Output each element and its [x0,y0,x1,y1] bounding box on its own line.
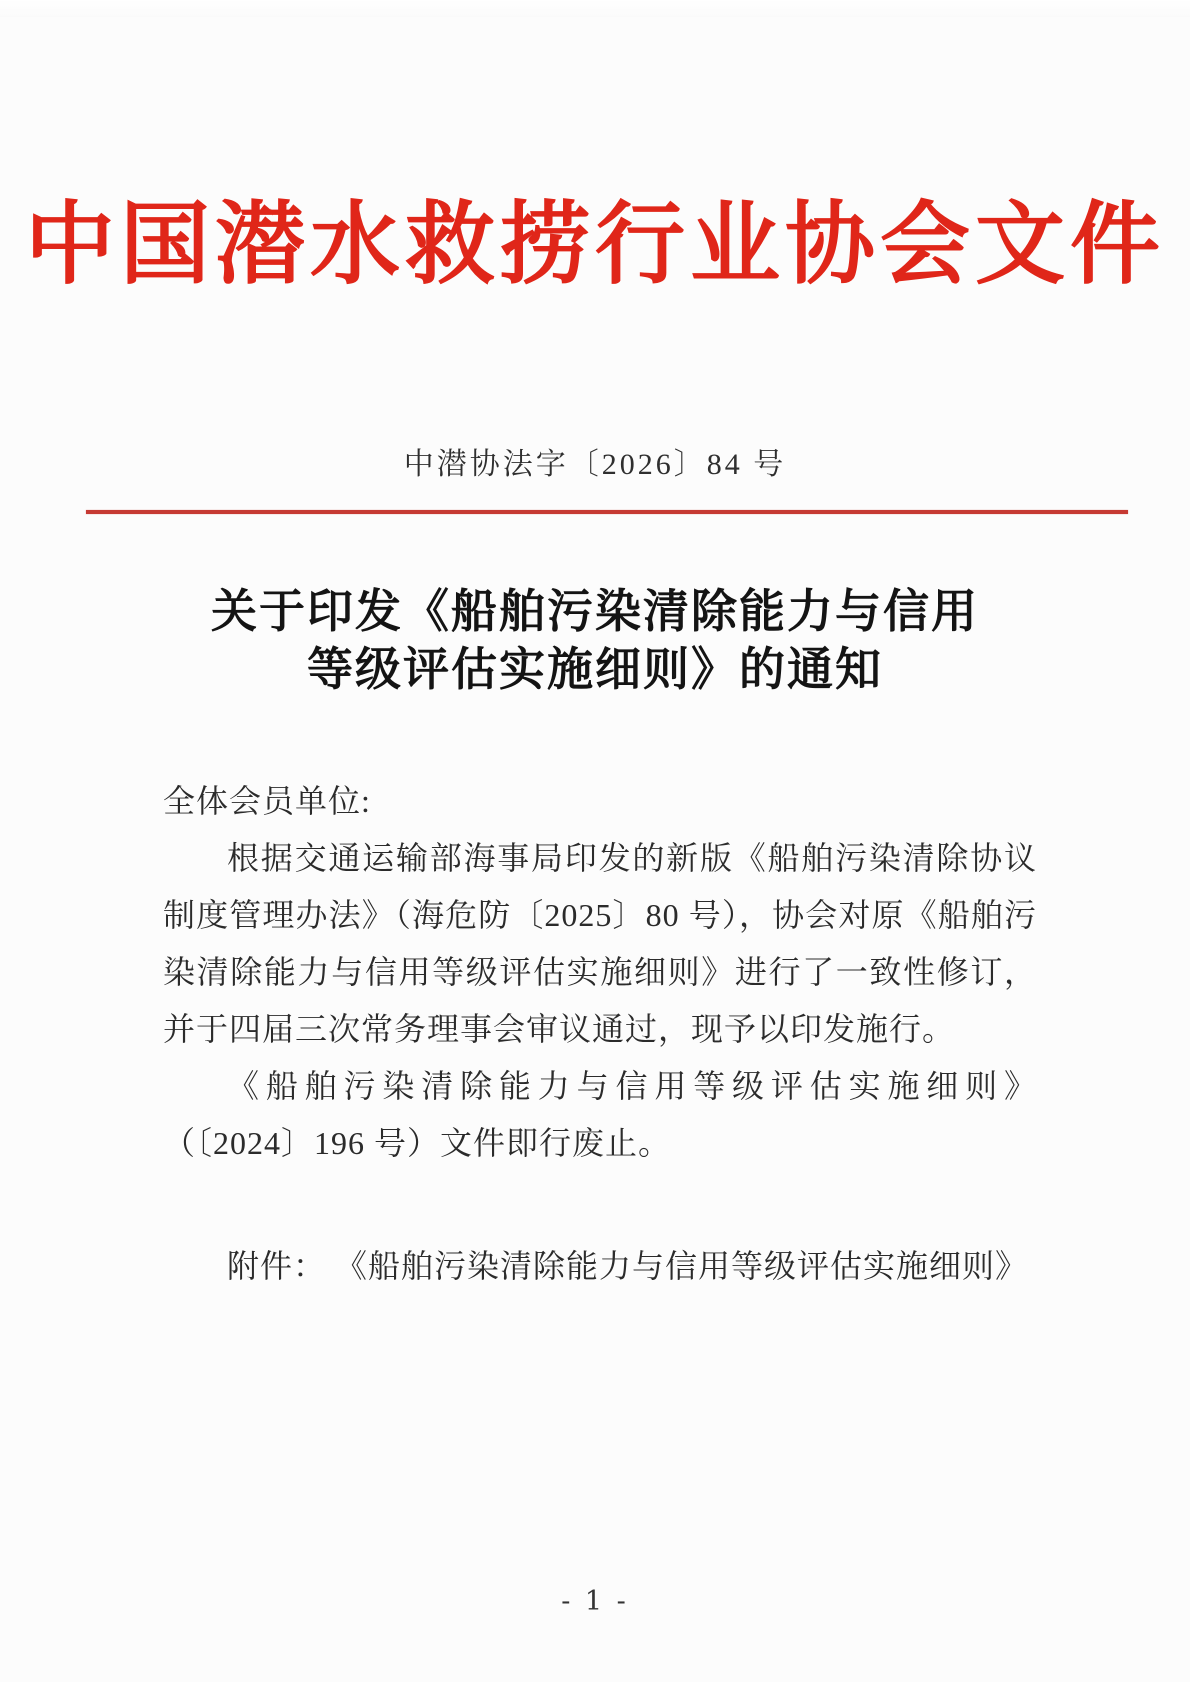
red-divider-rule [86,510,1128,514]
page-number: - 1 - [0,1586,1190,1617]
document-page: 中国潜水救捞行业协会文件 中潜协法字〔2026〕84 号 关于印发《船舶污染清除… [0,0,1190,1682]
body-paragraph-2: 《船舶污染清除能力与信用等级评估实施细则》（〔2024〕196 号）文件即行废止… [163,1058,1037,1172]
attachment-line: 附件： 《船舶污染清除能力与信用等级评估实施细则》 [163,1238,1037,1295]
body-paragraph-1: 根据交通运输部海事局印发的新版《船舶污染清除协议制度管理办法》（海危防〔2025… [163,830,1037,1058]
issuing-org-banner: 中国潜水救捞行业协会文件 [0,190,1190,302]
document-title: 关于印发《船舶污染清除能力与信用 等级评估实施细则》的通知 [0,583,1190,699]
document-reference-number: 中潜协法字〔2026〕84 号 [0,444,1190,486]
salutation-line: 全体会员单位: [163,773,1037,830]
scan-edge-artifact [0,0,1190,17]
document-body: 全体会员单位: 根据交通运输部海事局印发的新版《船舶污染清除协议制度管理办法》（… [163,773,1037,1295]
document-title-line-1: 关于印发《船舶污染清除能力与信用 [0,583,1190,641]
document-title-line-2: 等级评估实施细则》的通知 [0,641,1190,699]
